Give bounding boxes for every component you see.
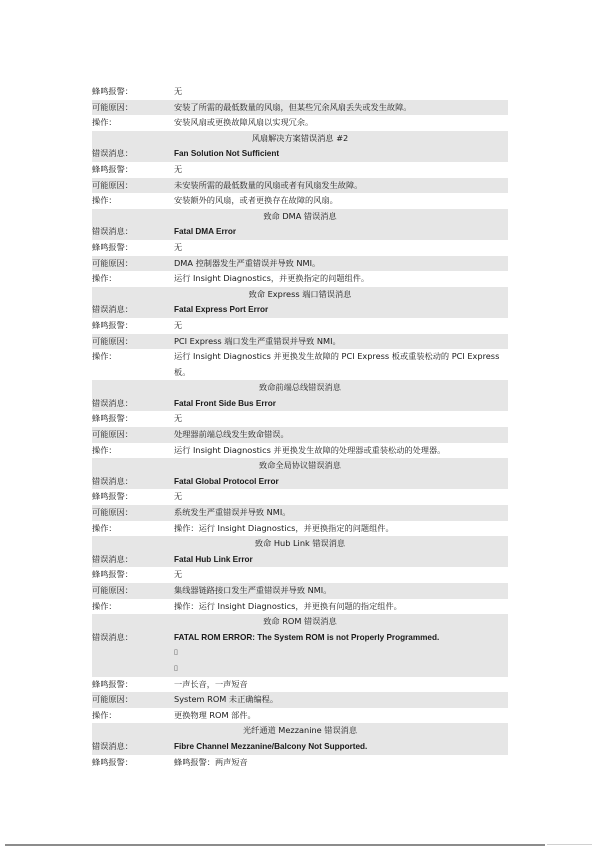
- field-value: 无: [174, 411, 508, 427]
- field-label: 蜂鸣报警：: [92, 411, 174, 427]
- field-value: 运行 Insight Diagnostics 并更换发生故障的处理器或重装松动的…: [174, 443, 508, 459]
- field-label: 可能原因：: [92, 692, 174, 708]
- section-title-text: 致命 Hub Link 错误消息: [92, 536, 508, 552]
- field-row-message: 错误消息：Fatal Express Port Error: [92, 302, 508, 318]
- field-value: 无: [174, 567, 508, 583]
- field-row-action: 操作：运行 Insight Diagnostics 并更换发生故障的处理器或重装…: [92, 443, 508, 459]
- field-row-cause: 可能原因：PCI Express 端口发生严重错误并导致 NMI。: [92, 334, 508, 350]
- section-title: 致命前端总线错误消息: [92, 380, 508, 396]
- section-title-text: 致命全局协议错误消息: [92, 458, 508, 474]
- field-value: 无: [174, 318, 508, 334]
- field-row-message: 错误消息：Fatal Hub Link Error: [92, 552, 508, 568]
- field-label: 操作：: [92, 708, 174, 724]
- field-row-beep: 蜂鸣报警：无: [92, 240, 508, 256]
- field-label: 操作：: [92, 115, 174, 131]
- field-row-action: 操作：操作：运行 Insight Diagnostics，并更换有问题的指定组件…: [92, 599, 508, 615]
- field-value: FATAL ROM ERROR: The System ROM is not P…: [174, 630, 508, 677]
- field-label: 操作：: [92, 521, 174, 537]
- field-value: 运行 Insight Diagnostics，并更换指定的问题组件。: [174, 271, 508, 287]
- field-value: 安装额外的风扇，或者更换存在故障的风扇。: [174, 193, 508, 209]
- field-label: 操作：: [92, 599, 174, 615]
- field-row-action: 操作：运行 Insight Diagnostics 并更换发生故障的 PCI E…: [92, 349, 508, 380]
- placeholder-glyph: ▯: [174, 661, 508, 677]
- field-label: 可能原因：: [92, 583, 174, 599]
- field-label: 操作：: [92, 193, 174, 209]
- field-label: 错误消息：: [92, 552, 174, 568]
- field-label: 错误消息：: [92, 739, 174, 755]
- field-row-message: 错误消息：Fatal Global Protocol Error: [92, 474, 508, 490]
- field-row-action: 操作：安装风扇或更换故障风扇以实现冗余。: [92, 115, 508, 131]
- field-value: 系统发生严重错误并导致 NMI。: [174, 505, 508, 521]
- field-value: 无: [174, 162, 508, 178]
- section-title-text: 致命 ROM 错误消息: [92, 614, 508, 630]
- field-row-action: 操作：更换物理 ROM 部件。: [92, 708, 508, 724]
- field-label: 错误消息：: [92, 474, 174, 490]
- field-value: Fan Solution Not Sufficient: [174, 146, 508, 162]
- field-row-message: 错误消息：Fan Solution Not Sufficient: [92, 146, 508, 162]
- section-title: 风扇解决方案错误消息 #2: [92, 131, 508, 147]
- field-value: 处理器前端总线发生致命错误。: [174, 427, 508, 443]
- section-title-text: 风扇解决方案错误消息 #2: [92, 131, 508, 147]
- footer-divider: [5, 844, 545, 846]
- field-label: 操作：: [92, 271, 174, 287]
- field-value: DMA 控制器发生严重错误并导致 NMI。: [174, 256, 508, 272]
- field-row-beep: 蜂鸣报警：无: [92, 489, 508, 505]
- field-row-beep: 蜂鸣报警：无: [92, 567, 508, 583]
- field-value: System ROM 未正确编程。: [174, 692, 508, 708]
- field-value: Fatal Express Port Error: [174, 302, 508, 318]
- field-label: 可能原因：: [92, 427, 174, 443]
- field-label: 操作：: [92, 443, 174, 459]
- field-row-cause: 可能原因：集线器链路接口发生严重错误并导致 NMI。: [92, 583, 508, 599]
- field-row-beep: 蜂鸣报警：蜂鸣报警：两声短音: [92, 755, 508, 771]
- field-row-action: 操作：安装额外的风扇，或者更换存在故障的风扇。: [92, 193, 508, 209]
- section-title: 致命 Hub Link 错误消息: [92, 536, 508, 552]
- field-label: 蜂鸣报警：: [92, 489, 174, 505]
- field-row-beep: 蜂鸣报警：无: [92, 162, 508, 178]
- section-title: 光纤通道 Mezzanine 错误消息: [92, 723, 508, 739]
- field-label: 蜂鸣报警：: [92, 318, 174, 334]
- field-value: Fatal Hub Link Error: [174, 552, 508, 568]
- field-row-cause: 可能原因：DMA 控制器发生严重错误并导致 NMI。: [92, 256, 508, 272]
- section-title-text: 致命 DMA 错误消息: [92, 209, 508, 225]
- field-value: Fatal Global Protocol Error: [174, 474, 508, 490]
- field-value: Fibre Channel Mezzanine/Balcony Not Supp…: [174, 739, 508, 755]
- field-label: 可能原因：: [92, 334, 174, 350]
- field-value: 集线器链路接口发生严重错误并导致 NMI。: [174, 583, 508, 599]
- field-value: 安装了所需的最低数量的风扇，但某些冗余风扇丢失或发生故障。: [174, 100, 508, 116]
- field-value: 未安装所需的最低数量的风扇或者有风扇发生故障。: [174, 178, 508, 194]
- section-title-text: 致命前端总线错误消息: [92, 380, 508, 396]
- field-value: 无: [174, 489, 508, 505]
- field-row-beep: 蜂鸣报警：无: [92, 318, 508, 334]
- field-row-message: 错误消息：Fatal DMA Error: [92, 224, 508, 240]
- section-title-text: 致命 Express 端口错误消息: [92, 287, 508, 303]
- field-row-beep: 蜂鸣报警：无: [92, 411, 508, 427]
- section-title: 致命 Express 端口错误消息: [92, 287, 508, 303]
- field-label: 蜂鸣报警：: [92, 84, 174, 100]
- field-label: 蜂鸣报警：: [92, 567, 174, 583]
- field-row-message: 错误消息：Fibre Channel Mezzanine/Balcony Not…: [92, 739, 508, 755]
- field-label: 可能原因：: [92, 100, 174, 116]
- field-row-action: 操作：运行 Insight Diagnostics，并更换指定的问题组件。: [92, 271, 508, 287]
- field-row-action: 操作：操作：运行 Insight Diagnostics，并更换指定的问题组件。: [92, 521, 508, 537]
- field-label: 操作：: [92, 349, 174, 380]
- error-message-table: 蜂鸣报警：无可能原因：安装了所需的最低数量的风扇，但某些冗余风扇丢失或发生故障。…: [92, 84, 508, 770]
- field-value: 运行 Insight Diagnostics 并更换发生故障的 PCI Expr…: [174, 349, 508, 380]
- field-row-cause: 可能原因：未安装所需的最低数量的风扇或者有风扇发生故障。: [92, 178, 508, 194]
- section-title: 致命 ROM 错误消息: [92, 614, 508, 630]
- field-value: 安装风扇或更换故障风扇以实现冗余。: [174, 115, 508, 131]
- section-title: 致命 DMA 错误消息: [92, 209, 508, 225]
- field-row-message: 错误消息：FATAL ROM ERROR: The System ROM is …: [92, 630, 508, 677]
- field-value: PCI Express 端口发生严重错误并导致 NMI。: [174, 334, 508, 350]
- field-value: 蜂鸣报警：两声短音: [174, 755, 508, 771]
- footer-divider-right: [547, 844, 592, 845]
- field-value: 无: [174, 84, 508, 100]
- field-value: 更换物理 ROM 部件。: [174, 708, 508, 724]
- field-value: 无: [174, 240, 508, 256]
- field-value: Fatal DMA Error: [174, 224, 508, 240]
- field-label: 蜂鸣报警：: [92, 162, 174, 178]
- section-title-text: 光纤通道 Mezzanine 错误消息: [92, 723, 508, 739]
- field-row-cause: 可能原因：System ROM 未正确编程。: [92, 692, 508, 708]
- field-row-cause: 可能原因：安装了所需的最低数量的风扇，但某些冗余风扇丢失或发生故障。: [92, 100, 508, 116]
- field-value: 一声长音，一声短音: [174, 677, 508, 693]
- field-label: 错误消息：: [92, 224, 174, 240]
- field-row-message: 错误消息：Fatal Front Side Bus Error: [92, 396, 508, 412]
- field-label: 可能原因：: [92, 178, 174, 194]
- field-label: 蜂鸣报警：: [92, 240, 174, 256]
- field-label: 蜂鸣报警：: [92, 755, 174, 771]
- section-title: 致命全局协议错误消息: [92, 458, 508, 474]
- field-label: 蜂鸣报警：: [92, 677, 174, 693]
- field-label: 错误消息：: [92, 396, 174, 412]
- field-row-beep: 蜂鸣报警：无: [92, 84, 508, 100]
- field-label: 错误消息：: [92, 630, 174, 677]
- field-label: 可能原因：: [92, 256, 174, 272]
- field-row-cause: 可能原因：系统发生严重错误并导致 NMI。: [92, 505, 508, 521]
- field-row-cause: 可能原因：处理器前端总线发生致命错误。: [92, 427, 508, 443]
- placeholder-glyph: ▯: [174, 645, 508, 661]
- field-row-beep: 蜂鸣报警：一声长音，一声短音: [92, 677, 508, 693]
- field-value: Fatal Front Side Bus Error: [174, 396, 508, 412]
- field-label: 错误消息：: [92, 146, 174, 162]
- field-label: 错误消息：: [92, 302, 174, 318]
- field-label: 可能原因：: [92, 505, 174, 521]
- field-value: 操作：运行 Insight Diagnostics，并更换有问题的指定组件。: [174, 599, 508, 615]
- field-value: 操作：运行 Insight Diagnostics，并更换指定的问题组件。: [174, 521, 508, 537]
